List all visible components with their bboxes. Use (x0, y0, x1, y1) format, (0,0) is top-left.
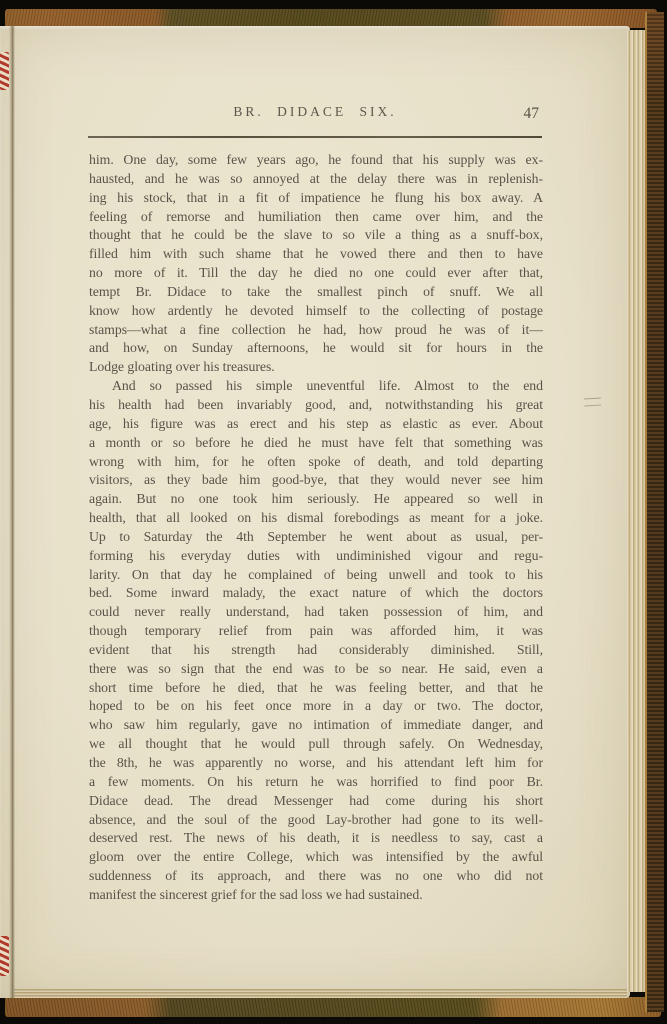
text-line: gloom over the entire College, which was… (89, 848, 543, 867)
text-line: Lodge gloating over his treasures. (89, 358, 543, 377)
text-line: deserved rest. The news of his death, it… (89, 829, 543, 848)
text-line: short time before he died, that he was f… (89, 679, 543, 698)
text-line: Up to Saturday the 4th September he went… (89, 528, 543, 547)
headband-top (0, 52, 9, 90)
text-line: him. One day, some few years ago, he fou… (89, 151, 543, 170)
book-scan: BR. DIDACE SIX. 47 him. One day, some fe… (0, 0, 667, 1024)
header-rule (88, 136, 542, 138)
book-cover-bottom-edge (5, 997, 661, 1017)
text-line: Didace dead. The dread Messenger had com… (89, 792, 543, 811)
text-line: absence, and the soul of the good Lay-br… (89, 811, 543, 830)
text-line: a month or so before he died he must hav… (89, 434, 543, 453)
text-line: manifest the sincerest grief for the sad… (89, 886, 543, 905)
text-line: hoped to be on his feet once more in a d… (89, 697, 543, 716)
text-line: visitors, as they bade him good-bye, tha… (89, 471, 543, 490)
page-edge-stack-right (627, 30, 645, 992)
page-number: 47 (89, 105, 539, 123)
page-edge-stack-bottom (14, 989, 627, 998)
text-line: thought that he could be the slave to so… (89, 226, 543, 245)
text-line: stamps—what a fine collection he had, ho… (89, 321, 543, 340)
pencil-margin-mark (584, 398, 601, 407)
text-block: him. One day, some few years ago, he fou… (89, 151, 543, 905)
text-line: though temporary relief from pain was af… (89, 622, 543, 641)
text-line: larity. On that day he complained of bei… (89, 566, 543, 585)
text-line: age, his figure was as erect and his ste… (89, 415, 543, 434)
gutter-crease (9, 26, 15, 998)
text-line: there was so sign that the end was to be… (89, 660, 543, 679)
text-line: wrong with him, for he often spoke of de… (89, 453, 543, 472)
headband-bottom (0, 936, 9, 976)
text-line: bed. Some inward malady, the exact natur… (89, 584, 543, 603)
text-line: we all thought that he would pull throug… (89, 735, 543, 754)
text-line: filled him with such shame that he vowed… (89, 245, 543, 264)
text-line: evident that his strength had considerab… (89, 641, 543, 660)
text-line: ing his stock, that in a fit of impatien… (89, 189, 543, 208)
text-line: again. But no one took him seriously. He… (89, 490, 543, 509)
book-cover-right-edge (645, 12, 664, 1012)
text-line: his health had been invariably good, and… (89, 396, 543, 415)
text-line: and how, on Sunday afternoons, he would … (89, 339, 543, 358)
text-line: suddenness of its approach, and there wa… (89, 867, 543, 886)
text-line: a few moments. On his return he was horr… (89, 773, 543, 792)
text-line: know how ardently he devoted himself to … (89, 302, 543, 321)
text-line: could never really understand, had taken… (89, 603, 543, 622)
text-line: who saw him regularly, gave no intimatio… (89, 716, 543, 735)
text-line: the 8th, he was apparently no worse, and… (89, 754, 543, 773)
text-line: tempt Br. Didace to take the smallest pi… (89, 283, 543, 302)
text-line: hausted, and he was so annoyed at the de… (89, 170, 543, 189)
text-line: feeling of remorse and humiliation then … (89, 208, 543, 227)
text-line: forming his everyday duties with undimin… (89, 547, 543, 566)
text-line: health, that all looked on his dismal fo… (89, 509, 543, 528)
text-line: And so passed his simple uneventful life… (89, 377, 543, 396)
text-line: no more of it. Till the day he died no o… (89, 264, 543, 283)
